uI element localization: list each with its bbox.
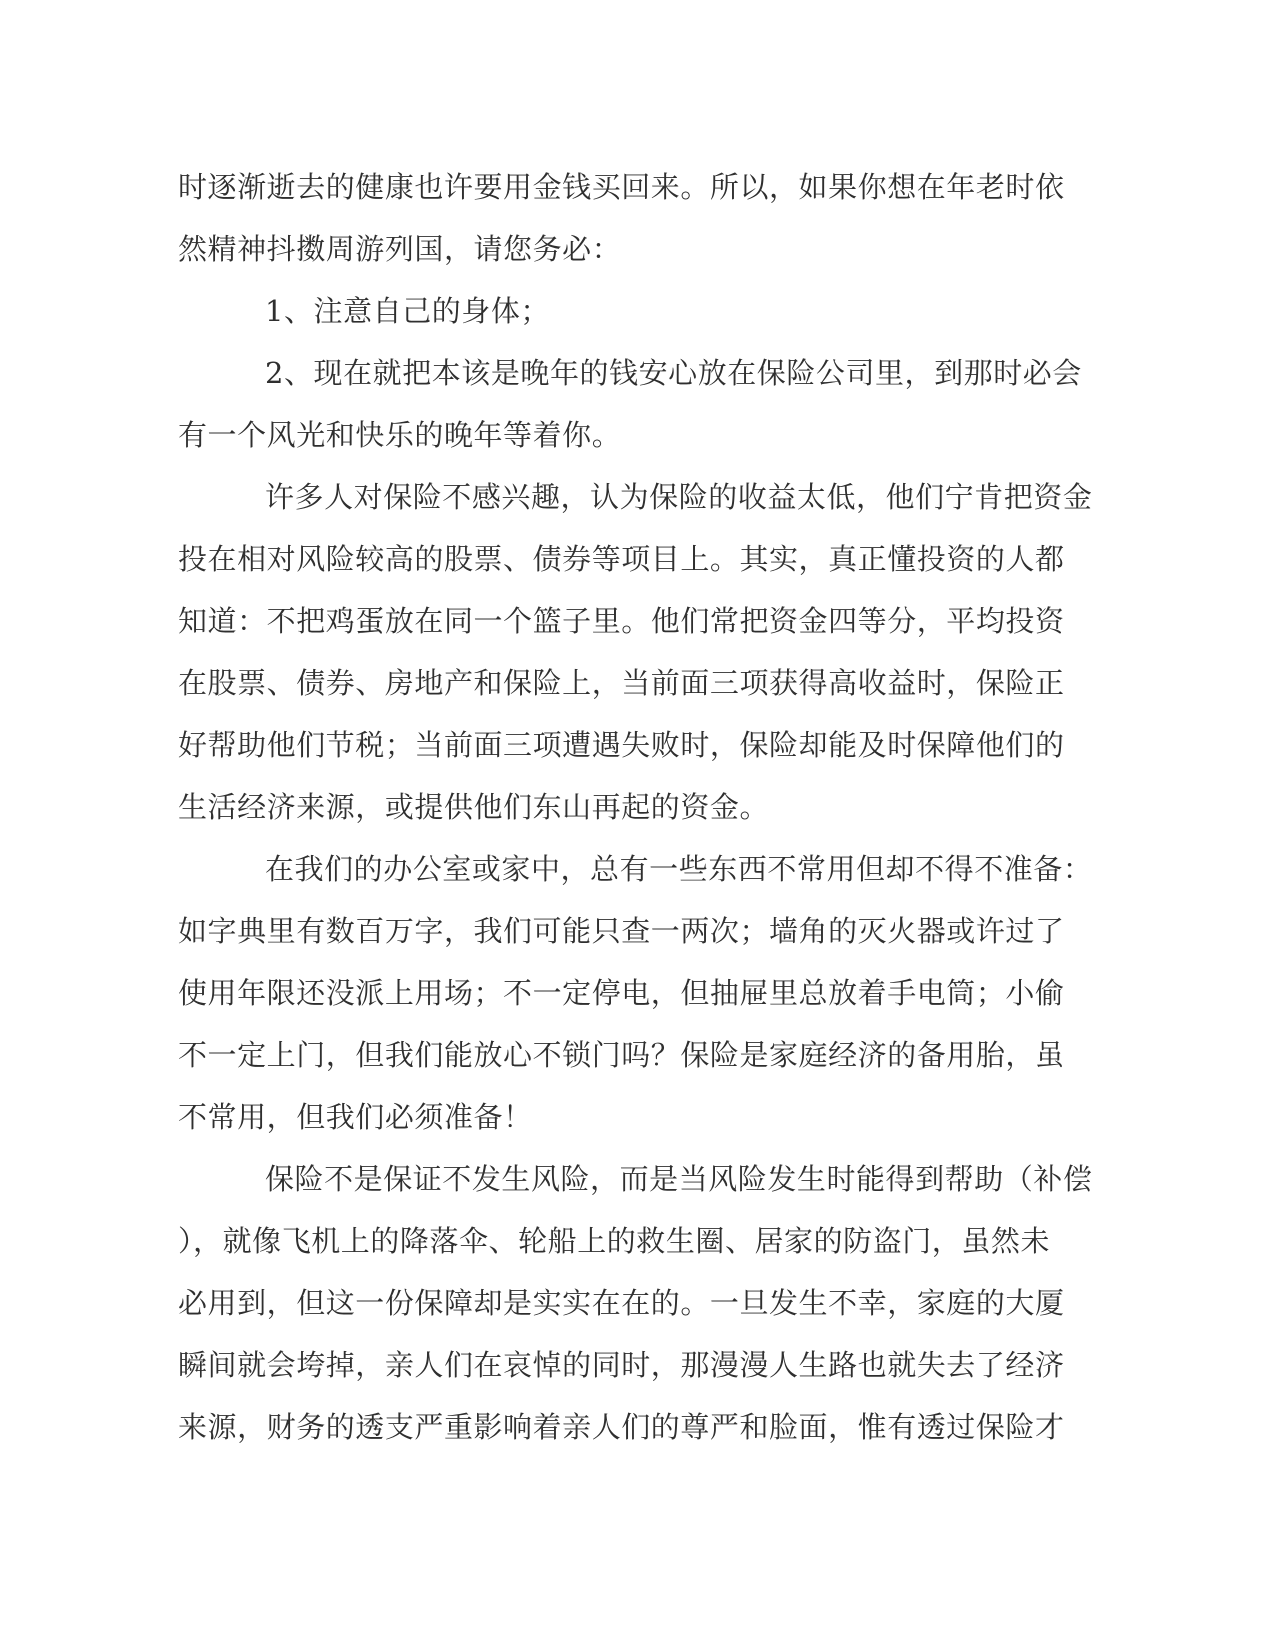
text-line: 知道：不把鸡蛋放在同一个篮子里。他们常把资金四等分，平均投资 <box>178 590 1066 652</box>
text-line: 使用年限还没派上用场；不一定停电，但抽屉里总放着手电筒；小偷 <box>178 962 1066 1024</box>
text-line: 2、现在就把本该是晚年的钱安心放在保险公司里，到那时必会 <box>178 342 1066 404</box>
text-line: 瞬间就会垮掉，亲人们在哀悼的同时，那漫漫人生路也就失去了经济 <box>178 1334 1066 1396</box>
text-line: 然精神抖擞周游列国，请您务必： <box>178 218 1066 280</box>
text-line: 来源，财务的透支严重影响着亲人们的尊严和脸面，惟有透过保险才 <box>178 1396 1066 1458</box>
text-line: 不常用，但我们必须准备！ <box>178 1086 1066 1148</box>
text-line: 好帮助他们节税；当前面三项遭遇失败时，保险却能及时保障他们的 <box>178 714 1066 776</box>
text-line: 时逐渐逝去的健康也许要用金钱买回来。所以，如果你想在年老时依 <box>178 156 1066 218</box>
text-line: 必用到，但这一份保障却是实实在在的。一旦发生不幸，家庭的大厦 <box>178 1272 1066 1334</box>
document-page: 时逐渐逝去的健康也许要用金钱买回来。所以，如果你想在年老时依然精神抖擞周游列国，… <box>0 0 1275 1650</box>
text-line: 在我们的办公室或家中，总有一些东西不常用但却不得不准备： <box>178 838 1066 900</box>
text-line: 许多人对保险不感兴趣，认为保险的收益太低，他们宁肯把资金 <box>178 466 1066 528</box>
text-line: 保险不是保证不发生风险，而是当风险发生时能得到帮助（补偿 <box>178 1148 1066 1210</box>
document-text: 时逐渐逝去的健康也许要用金钱买回来。所以，如果你想在年老时依然精神抖擞周游列国，… <box>178 156 1066 1458</box>
text-line: 不一定上门，但我们能放心不锁门吗？保险是家庭经济的备用胎，虽 <box>178 1024 1066 1086</box>
text-line: 有一个风光和快乐的晚年等着你。 <box>178 404 1066 466</box>
text-line: 在股票、债券、房地产和保险上，当前面三项获得高收益时，保险正 <box>178 652 1066 714</box>
text-line: 生活经济来源，或提供他们东山再起的资金。 <box>178 776 1066 838</box>
text-line: 投在相对风险较高的股票、债券等项目上。其实，真正懂投资的人都 <box>178 528 1066 590</box>
text-line: 如字典里有数百万字，我们可能只查一两次；墙角的灭火器或许过了 <box>178 900 1066 962</box>
text-line: 1、注意自己的身体； <box>178 280 1066 342</box>
text-line: ），就像飞机上的降落伞、轮船上的救生圈、居家的防盗门，虽然未 <box>178 1210 1066 1272</box>
